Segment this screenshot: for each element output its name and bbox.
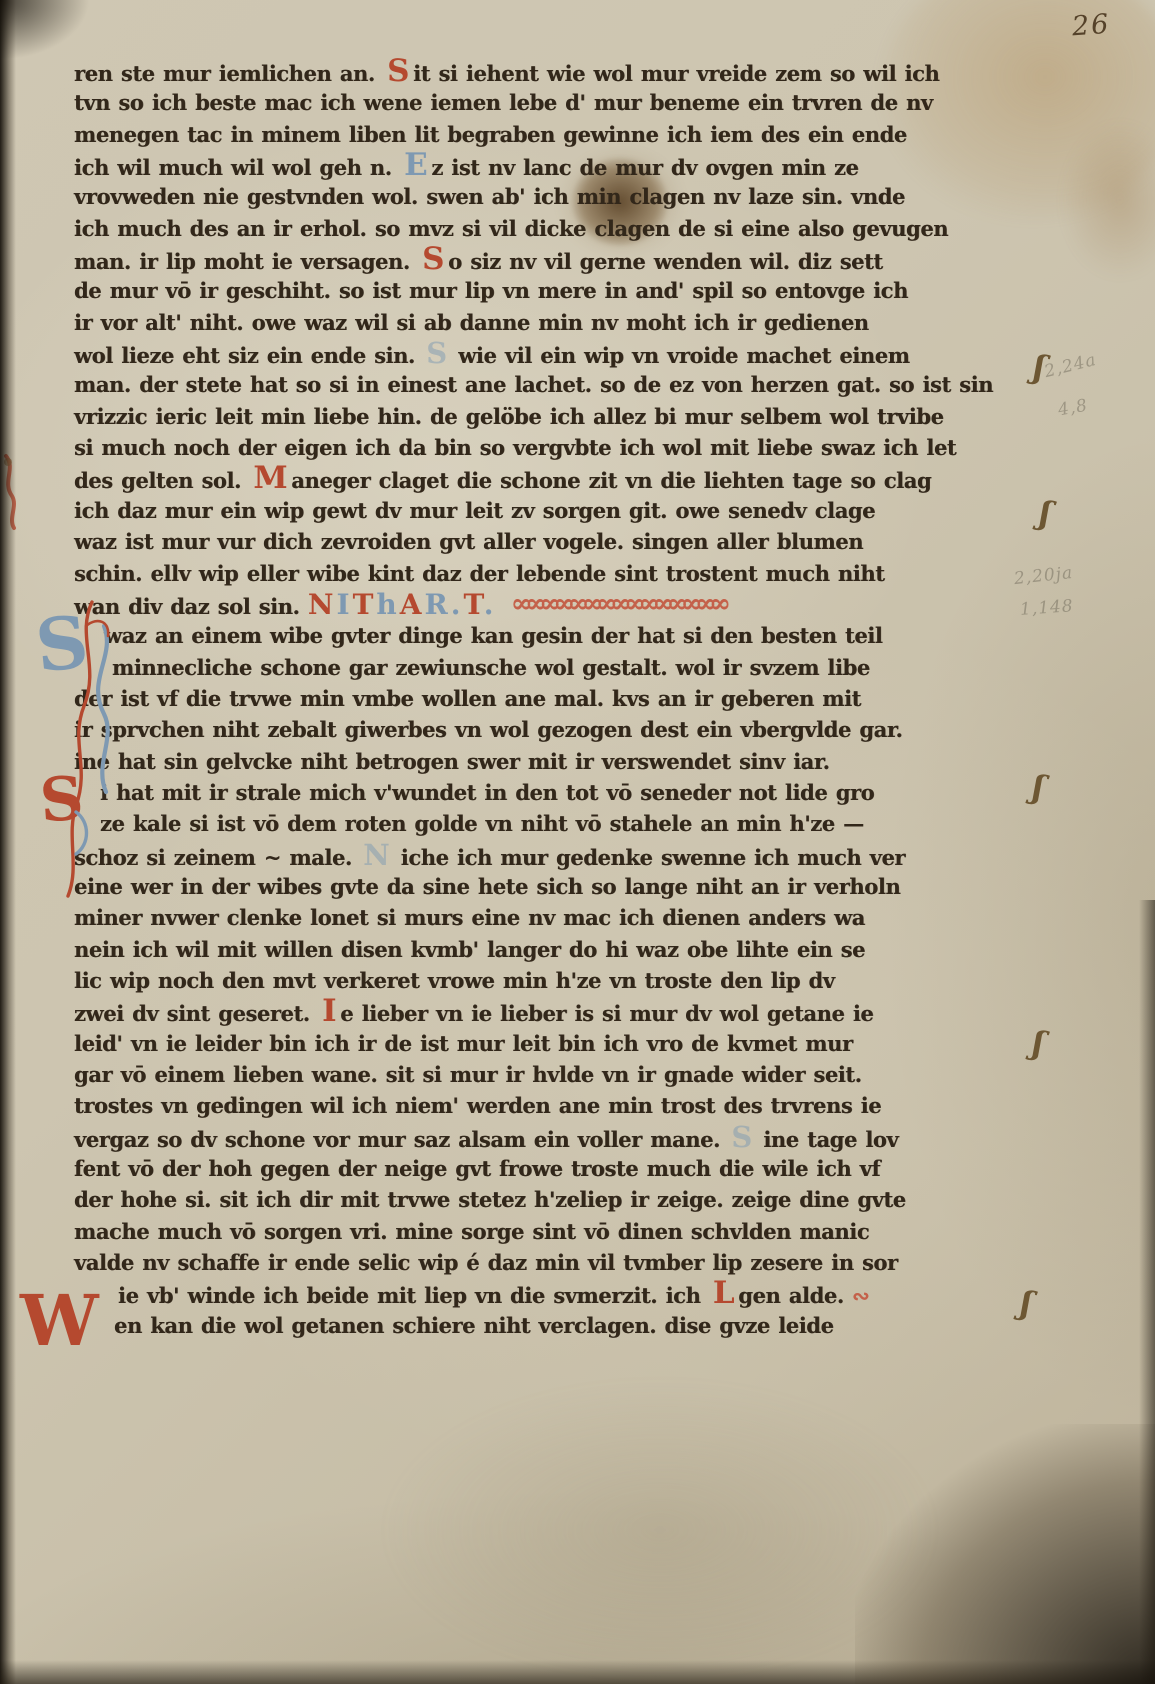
text-block: ren ste mur iemlichen an. Sit si iehent … (74, 56, 974, 1341)
text-line: i hat mit ir strale mich v'wundet in den… (74, 777, 974, 808)
folio-number: 26 (1071, 9, 1111, 43)
text-line: schoz si zeinem ~ male. N iche ich mur g… (74, 840, 974, 871)
text-line: miner nvwer clenke lonet si murs eine nv… (74, 902, 974, 933)
text-segment: ir vor alt' niht. owe waz wil si ab dann… (74, 310, 869, 335)
text-line: fent vō der hoh gegen der neige gvt frow… (74, 1153, 974, 1184)
text-segment: schin. ellv wip eller wibe kint daz der … (74, 561, 885, 586)
pencil-annotation: 2,24a (1042, 350, 1098, 382)
margin-paragraph-mark: ʃ (1037, 493, 1053, 532)
inline-initial: M (249, 460, 291, 496)
text-line: ine hat sin gelvcke niht betrogen swer m… (74, 746, 974, 777)
text-segment: tvn so ich beste mac ich wene iemen lebe… (74, 90, 933, 115)
text-segment: eine wer in der wibes gvte da sine hete … (74, 874, 900, 899)
text-segment: man. ir lip moht ie versagen. (74, 249, 418, 274)
text-line: ich daz mur ein wip gewt dv mur leit zv … (74, 495, 974, 526)
page-edge-shadow (0, 0, 16, 1684)
pen-flourish (46, 596, 126, 906)
text-line: der ist vf die trvwe min vmbe wollen ane… (74, 683, 974, 714)
text-segment: ze kale si ist vō dem roten golde vn nih… (100, 811, 864, 836)
inline-initial: S (423, 336, 450, 370)
text-line: en kan die wol getanen schiere niht verc… (74, 1310, 974, 1341)
text-line: ze kale si ist vō dem roten golde vn nih… (74, 808, 974, 839)
text-segment: ich much des an ir erhol. so mvz si vil … (74, 216, 948, 241)
inline-initial: I (318, 993, 340, 1029)
text-segment: lic wip noch den mvt verkeret vrowe min … (74, 968, 835, 993)
text-segment: si much noch der eigen ich da bin so ver… (74, 435, 956, 460)
text-segment: de mur vō ir geschiht. so ist mur lip vn… (74, 278, 908, 303)
text-line: ir vor alt' niht. owe waz wil si ab dann… (74, 307, 974, 338)
inline-initial: S (418, 241, 448, 277)
text-segment: waz ist mur vur dich zevroiden gvt aller… (74, 529, 863, 554)
text-line: waz ist mur vur dich zevroiden gvt aller… (74, 526, 974, 557)
rubric-letter: A (400, 588, 425, 621)
text-line: waz an einem wibe gvter dinge kan gesin … (74, 620, 974, 651)
text-line: ie vb' winde ich beide mit liep vn die s… (74, 1278, 974, 1309)
inline-initial: E (400, 147, 431, 183)
text-segment: mache much vō sorgen vri. mine sorge sin… (74, 1219, 869, 1244)
text-segment: der hohe si. sit ich dir mit trvwe stete… (74, 1187, 906, 1212)
parchment-stain (1060, 120, 1155, 280)
text-segment: nein ich wil mit willen disen kvmb' lang… (74, 937, 865, 962)
pencil-annotation: 2,20ja (1013, 563, 1074, 589)
text-line: nein ich wil mit willen disen kvmb' lang… (74, 934, 974, 965)
text-segment: der ist vf die trvwe min vmbe wollen ane… (74, 686, 861, 711)
inline-initial: N (360, 838, 392, 872)
text-segment: man. der stete hat so si in einest ane l… (74, 372, 993, 397)
rubric-letter: I (336, 588, 352, 621)
text-line: ir sprvchen niht zebalt giwerbes vn wol … (74, 714, 974, 745)
text-segment: valde nv schaffe ir ende selic wip é daz… (74, 1250, 898, 1275)
text-segment: it si iehent wie wol mur vreide zem so w… (413, 61, 939, 86)
text-line: der hohe si. sit ich dir mit trvwe stete… (74, 1184, 974, 1215)
text-segment: wol lieze eht siz ein ende sin. (74, 343, 423, 368)
text-line: ich much des an ir erhol. so mvz si vil … (74, 213, 974, 244)
text-segment: fent vō der hoh gegen der neige gvt frow… (74, 1156, 880, 1181)
rubric-letter: . (484, 588, 511, 621)
text-segment: n. (361, 155, 400, 180)
text-segment: vrizzic ieric leit min liebe hin. de gel… (74, 404, 944, 429)
rubric-letter: T (353, 588, 377, 621)
text-segment: gar vō einem lieben wane. sit si mur ir … (74, 1062, 862, 1087)
text-line: vrovweden nie gestvnden wol. swen ab' ic… (74, 181, 974, 212)
text-segment: trostes vn gedingen wil ich niem' werden… (74, 1093, 881, 1118)
text-segment: ine hat sin gelvcke niht betrogen swer m… (74, 749, 830, 774)
text-segment: e lieber vn ie lieber is si mur dv wol g… (340, 1001, 873, 1026)
rubric-letter: N (308, 588, 337, 621)
text-segment: aneger claget die schone zit vn die lieh… (291, 468, 931, 493)
text-segment: zwei dv sint geseret. (74, 1001, 318, 1026)
rubric-letter: T (464, 588, 484, 621)
text-line: de mur vō ir geschiht. so ist mur lip vn… (74, 275, 974, 306)
text-line: ren ste mur iemlichen an. Sit si iehent … (74, 56, 974, 87)
text-line: lic wip noch den mvt verkeret vrowe min … (74, 965, 974, 996)
page-edge-shadow (855, 1424, 1155, 1684)
rubric-letter: h (376, 588, 399, 621)
text-segment: waz an einem wibe gvter dinge kan gesin … (104, 623, 882, 648)
inline-initial: L (709, 1275, 738, 1311)
text-segment: menegen tac in minem liben lit begraben … (74, 122, 907, 147)
text-line: zwei dv sint geseret. Ie lieber vn ie li… (74, 996, 974, 1027)
chain-ornament: ∞∞∞∞∞∞∞∞∞∞∞∞∞∞∞ (511, 589, 723, 619)
lombard-initial-w-red: W (20, 1286, 99, 1356)
manuscript-page: 26 ren ste mur iemlichen an. Sit si iehe… (0, 0, 1155, 1684)
text-segment: ren ste mur iemlichen an. (74, 61, 383, 86)
text-segment: wie vil ein wip vn vroide machet einem (450, 343, 910, 368)
inline-initial: S (728, 1120, 755, 1154)
text-segment: des gelten sol. (74, 468, 249, 493)
text-line: trostes vn gedingen wil ich niem' werden… (74, 1090, 974, 1121)
text-segment: en kan die wol getanen schiere niht verc… (114, 1313, 834, 1338)
text-segment: ich daz mur ein wip gewt dv mur leit zv … (74, 498, 875, 523)
text-segment: i hat mit ir strale mich v'wundet in den… (100, 780, 874, 805)
text-line: gar vō einem lieben wane. sit si mur ir … (74, 1059, 974, 1090)
rubric-letter: . (451, 588, 464, 621)
text-line: tvn so ich beste mac ich wene iemen lebe… (74, 87, 974, 118)
text-line: eine wer in der wibes gvte da sine hete … (74, 871, 974, 902)
page-edge-shadow (1139, 900, 1155, 1684)
text-line: man. ir lip moht ie versagen. So siz nv … (74, 244, 974, 275)
text-segment: ∾ (844, 1283, 870, 1308)
page-edge-shadow (0, 0, 90, 60)
margin-paragraph-mark: ʃ (1030, 767, 1046, 806)
rubric-letter: R (425, 588, 451, 621)
text-segment: z ist nv lanc de mur dv ovgen min ze (431, 155, 858, 180)
text-segment: miner nvwer clenke lonet si murs eine nv… (74, 905, 865, 930)
text-segment: gen alde. (738, 1283, 843, 1308)
pencil-annotation: 4,8 (1056, 396, 1089, 421)
margin-paragraph-mark: ʃ (1030, 1023, 1046, 1062)
text-line: schin. ellv wip eller wibe kint daz der … (74, 558, 974, 589)
text-line: man. der stete hat so si in einest ane l… (74, 369, 974, 400)
text-segment: ine tage lov (755, 1127, 898, 1152)
text-line: menegen tac in minem liben lit begraben … (74, 119, 974, 150)
text-line: vrizzic ieric leit min liebe hin. de gel… (74, 401, 974, 432)
margin-paragraph-mark: ʃ (1018, 1283, 1034, 1322)
text-segment: leid' vn ie leider bin ich ir de ist mur… (74, 1031, 853, 1056)
text-segment: vrovweden nie gestvnden wol. swen ab' ic… (74, 184, 905, 209)
text-line: vergaz so dv schone vor mur saz alsam ei… (74, 1122, 974, 1153)
text-segment: ir sprvchen niht zebalt giwerbes vn wol … (74, 717, 902, 742)
text-line: wan div daz sol sin. NIThAR.T. ∞∞∞∞∞∞∞∞∞… (74, 589, 974, 620)
pencil-annotation: 1,148 (1019, 596, 1074, 620)
text-segment: minnecliche schone gar zewiunsche wol ge… (112, 655, 870, 680)
text-line: leid' vn ie leider bin ich ir de ist mur… (74, 1028, 974, 1059)
text-line: valde nv schaffe ir ende selic wip é daz… (74, 1247, 974, 1278)
text-line: ich wil much wil wol geh n. Ez ist nv la… (74, 150, 974, 181)
inline-initial: S (383, 53, 413, 89)
text-segment: iche ich mur gedenke swenne ich much ver (392, 845, 905, 870)
text-line: mache much vō sorgen vri. mine sorge sin… (74, 1216, 974, 1247)
text-segment: o siz nv vil gerne wenden wil. diz sett (448, 249, 883, 274)
text-line: si much noch der eigen ich da bin so ver… (74, 432, 974, 463)
text-line: des gelten sol. Maneger claget die schon… (74, 463, 974, 494)
text-segment: ich wil much wil wol geh (74, 155, 361, 180)
text-line: minnecliche schone gar zewiunsche wol ge… (74, 652, 974, 683)
text-line: wol lieze eht siz ein ende sin. S wie vi… (74, 338, 974, 369)
text-segment: vergaz so dv schone vor mur saz alsam ei… (74, 1127, 728, 1152)
text-segment: ie vb' winde ich beide mit liep vn die s… (118, 1283, 709, 1308)
